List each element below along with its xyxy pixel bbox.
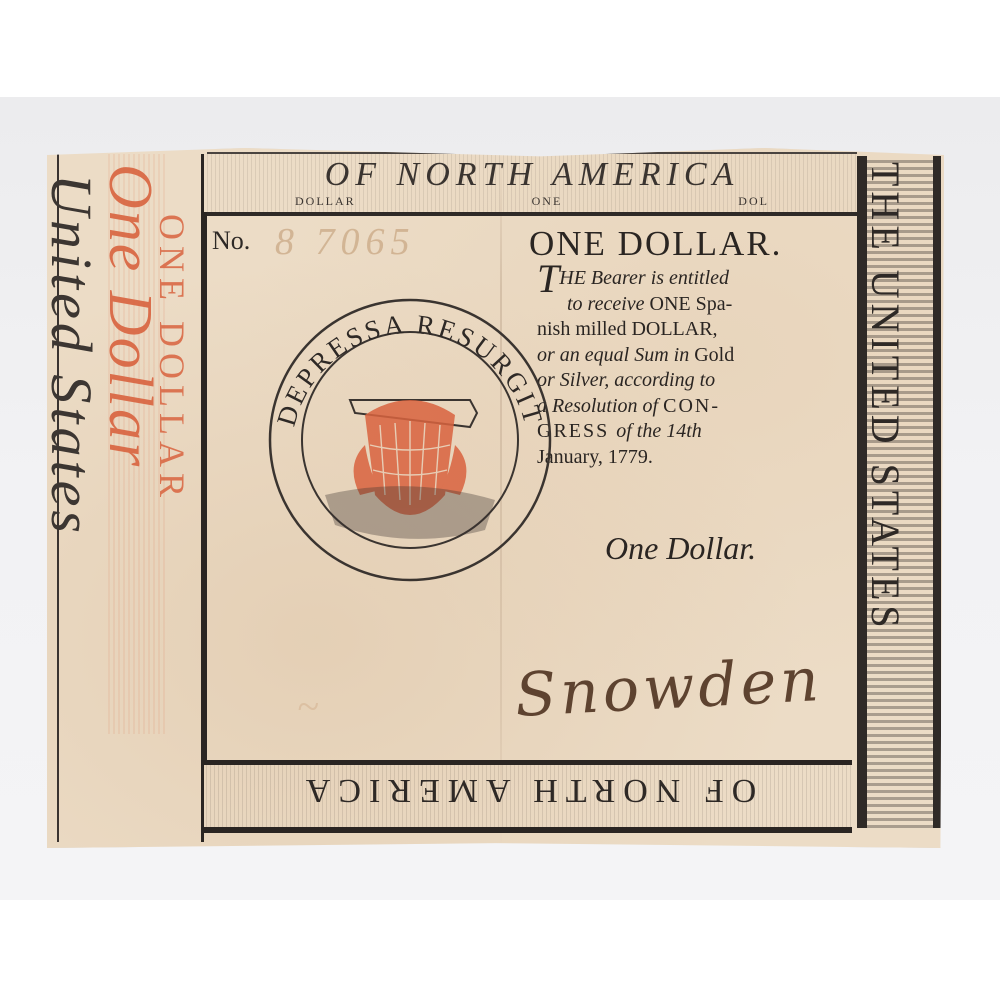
closing-denomination: One Dollar.	[605, 530, 756, 567]
top-band-sublabel: DOL	[738, 194, 769, 209]
clause-text: a Resolution of	[537, 395, 663, 417]
top-border-band: OF NORTH AMERICA DOLLAR ONE DOL	[207, 152, 857, 216]
top-band-sublabel: DOLLAR	[295, 194, 356, 209]
serial-number: 8 7065	[275, 220, 416, 264]
clause-line: or Silver, according to	[537, 368, 857, 394]
clause-line: or an equal Sum in Gold	[537, 343, 857, 369]
clause-text: Gold	[694, 344, 734, 366]
clause-line: GRESS of the 14th	[537, 419, 857, 445]
right-border-strip: THE UNITED STATES	[857, 156, 941, 828]
clause-line: to receive ONE Spa-	[567, 292, 857, 318]
banknote: United States One Dollar ONE DOLLAR OF N…	[47, 148, 944, 848]
clause-text: CON-	[663, 395, 720, 417]
denomination-heading: ONE DOLLAR.	[529, 224, 782, 264]
clause-line: nish milled DOLLAR,	[537, 317, 857, 343]
clause-line: a Resolution of CON-	[537, 394, 857, 420]
clause-text: ONE Spa-	[650, 293, 733, 315]
right-strip-text: THE UNITED STATES	[862, 162, 909, 633]
clause-text: nish milled DOLLAR,	[537, 318, 718, 340]
left-strip-red-caps: ONE DOLLAR	[151, 214, 193, 503]
clause-text: HE Bearer is entitled	[559, 267, 729, 289]
number-label: No.	[212, 226, 250, 256]
clause-line: January, 1779.	[537, 445, 857, 471]
seal-emblem: DEPRESSA RESURGIT	[265, 295, 555, 585]
faded-signature: ~	[297, 683, 319, 730]
bearer-clause: THE Bearer is entitledto receive ONE Spa…	[537, 266, 857, 470]
top-band-sublabel: ONE	[532, 194, 563, 209]
clause-line: THE Bearer is entitled	[537, 266, 857, 292]
left-border-strip: United States One Dollar ONE DOLLAR	[53, 154, 203, 842]
bottom-band-text: OF NORTH AMERICA	[202, 771, 852, 809]
bottom-border-band: OF NORTH AMERICA	[202, 760, 852, 833]
top-band-text: OF NORTH AMERICA	[207, 156, 857, 194]
clause-text: to receive	[567, 293, 650, 315]
top-band-sublabels: DOLLAR ONE DOL	[207, 194, 857, 209]
clause-text: or an equal Sum in	[537, 344, 694, 366]
clause-text: of the 14th	[616, 420, 702, 442]
clause-text: or Silver, according to	[537, 369, 715, 391]
